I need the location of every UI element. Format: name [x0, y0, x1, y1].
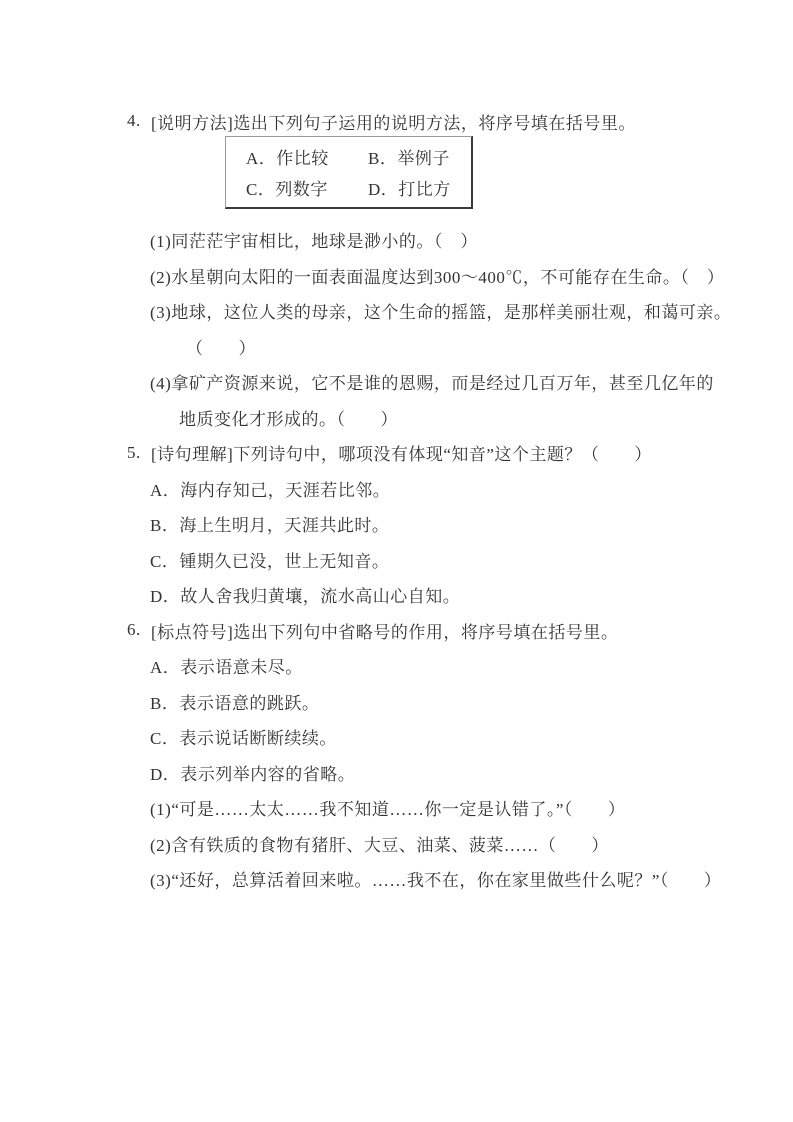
question-4-item-2: (2)水星朝向太阳的一面表面温度达到300～400℃，不可能存在生命。（ ） — [0, 258, 793, 294]
question-5-prompt: [诗句理解]下列诗句中，哪项没有体现“知音”这个主题？（ ） — [151, 440, 652, 465]
box-option-a: A．作比较 — [246, 144, 368, 169]
question-4-method-options-box: A．作比较 B．举例子 C．列数字 D．打比方 — [225, 136, 473, 209]
question-4-header: 4. [说明方法]选出下列句子运用的说明方法，将序号填在括号里。 — [0, 106, 793, 136]
question-6-item-1: (1)“可是……太太……我不知道……你一定是认错了。”（ ） — [0, 790, 793, 826]
question-6-item-2: (2)含有铁质的食物有猪肝、大豆、油菜、菠菜……（ ） — [0, 826, 793, 862]
box-option-b: B．举例子 — [368, 144, 471, 169]
question-4-item-4-continuation: 地质变化才形成的。（ ） — [0, 400, 793, 436]
question-4-item-4: (4)拿矿产资源来说，它不是谁的恩赐，而是经过几百万年，甚至几亿年的 — [0, 364, 793, 400]
question-6-option-a: A．表示语意未尽。 — [0, 648, 793, 684]
question-6-header: 6. [标点符号]选出下列句中省略号的作用，将序号填在括号里。 — [0, 613, 793, 649]
question-4-item-3: (3)地球，这位人类的母亲，这个生命的摇篮，是那样美丽壮观，和蔼可亲。 — [0, 293, 793, 329]
question-4-items: (1)同茫茫宇宙相比，地球是渺小的。（ ） (2)水星朝向太阳的一面表面温度达到… — [0, 222, 793, 435]
question-6-item-3: (3)“还好，总算活着回来啦。……我不在，你在家里做些什么呢？”（ ） — [0, 861, 793, 897]
question-4-number: 4. — [127, 111, 151, 131]
question-5-option-c: C．锺期久已没，世上无知音。 — [0, 542, 793, 578]
question-5-option-d: D．故人舍我归黄壤，流水高山心自知。 — [0, 577, 793, 613]
question-5-number: 5. — [127, 443, 151, 463]
worksheet-page: 4. [说明方法]选出下列句子运用的说明方法，将序号填在括号里。 A．作比较 B… — [0, 0, 793, 1122]
question-5: 5. [诗句理解]下列诗句中，哪项没有体现“知音”这个主题？（ ） A．海内存知… — [0, 435, 793, 613]
question-4-item-1: (1)同茫茫宇宙相比，地球是渺小的。（ ） — [0, 222, 793, 258]
question-5-option-a: A．海内存知己，天涯若比邻。 — [0, 471, 793, 507]
question-4: 4. [说明方法]选出下列句子运用的说明方法，将序号填在括号里。 A．作比较 B… — [0, 106, 793, 435]
question-6-option-c: C．表示说话断断续续。 — [0, 719, 793, 755]
question-6-prompt: [标点符号]选出下列句中省略号的作用，将序号填在括号里。 — [151, 618, 618, 643]
question-4-prompt: [说明方法]选出下列句子运用的说明方法，将序号填在括号里。 — [151, 109, 636, 134]
question-5-header: 5. [诗句理解]下列诗句中，哪项没有体现“知音”这个主题？（ ） — [0, 435, 793, 471]
question-6-number: 6. — [127, 620, 151, 640]
question-5-option-b: B．海上生明月，天涯共此时。 — [0, 506, 793, 542]
box-option-c: C．列数字 — [246, 175, 368, 200]
question-4-item-3-answer-blank: （ ） — [0, 329, 793, 365]
question-6-option-d: D．表示列举内容的省略。 — [0, 755, 793, 791]
question-6-option-b: B．表示语意的跳跃。 — [0, 684, 793, 720]
box-option-d: D．打比方 — [368, 175, 471, 200]
question-6: 6. [标点符号]选出下列句中省略号的作用，将序号填在括号里。 A．表示语意未尽… — [0, 613, 793, 897]
